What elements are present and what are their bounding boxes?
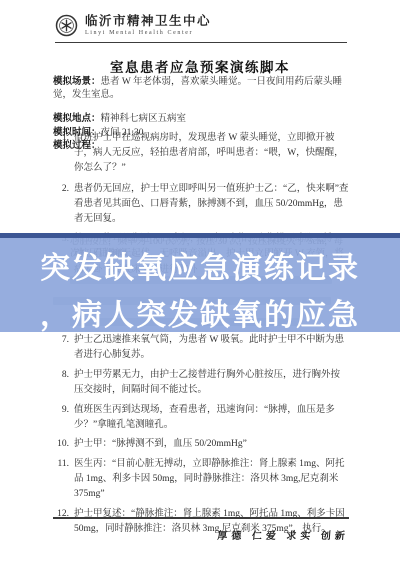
overlay-title: 突发缺氧应急演练记录 ，病人突发缺氧的应急 — [0, 246, 400, 339]
org-name: 临沂市精神卫生中心 — [85, 15, 211, 29]
drill-steps-bottom: 7.护士乙迅速推来氧气筒，为患者 W 吸氧。此时护士甲不中断为患者进行心肺复苏。… — [53, 333, 349, 542]
meta-label: 模拟地点： — [53, 114, 101, 124]
header-divider — [55, 42, 347, 43]
hospital-motto: 厚德 仁爱 求实 创新 — [52, 527, 349, 542]
overlay-title-line2: ，病人突发缺氧的应急 — [0, 293, 400, 340]
meta-row: 模拟地点：精神科七病区五病室 — [53, 113, 349, 126]
promo-overlay: 突发缺氧应急演练记录 ，病人突发缺氧的应急 — [0, 233, 400, 332]
drill-step: 2.患者仍无回应，护士甲立即呼叫另一值班护士乙：“乙，快来啊”查看患者见其面色、… — [53, 182, 349, 228]
hospital-logo-icon — [55, 14, 78, 37]
drill-step: 10.护士甲：“脉搏测不到，血压 50/20mmHg” — [53, 437, 349, 452]
drill-step: 11.医生丙：“目前心脏无搏动，立即静脉推注：肾上腺素 1mg、阿托品 1mg、… — [53, 457, 349, 503]
document-title: 室息患者应急预案演练脚本 — [0, 56, 400, 76]
step-number: 11. — [53, 457, 74, 503]
drill-step: 8.护士甲劳累无力，由护士乙接替进行胸外心脏按压，进行胸外按压交接时，间隔时间不… — [53, 368, 349, 399]
step-number: 10. — [53, 437, 74, 452]
document-footer: 厚德 仁爱 求实 创新 — [53, 517, 349, 542]
step-text: 值班护士甲在巡视病房时，发现患者 W 蒙头睡觉，立即掀开被子，病人无反应，轻拍患… — [74, 131, 349, 177]
overlay-title-line1: 突发缺氧应急演练记录 — [0, 246, 400, 293]
meta-label: 模拟场景： — [53, 77, 101, 87]
step-text: 护士甲劳累无力，由护士乙接替进行胸外心脏按压，进行胸外按压交接时，间隔时间不能过… — [74, 368, 349, 399]
document-header: 临沂市精神卫生中心 Linyi Mental Health Center — [55, 14, 347, 43]
overlay-top-band — [0, 233, 400, 238]
drill-step: 9.值班医生丙到达现场，查看患者，迅速询问：“脉搏，血压是多少？”拿瞳孔笔测瞳孔… — [53, 403, 349, 434]
step-text: 医生丙：“目前心脏无搏动，立即静脉推注：肾上腺素 1mg、阿托品 1mg、利多卡… — [74, 457, 349, 503]
drill-step: 1.值班护士甲在巡视病房时，发现患者 W 蒙头睡觉，立即掀开被子，病人无反应，轻… — [53, 131, 349, 177]
meta-row: 模拟场景：患者 W 年老体弱，喜欢蒙头睡觉。一日夜间用药后蒙头睡觉，发生室息。 — [53, 76, 349, 101]
org-name-en: Linyi Mental Health Center — [85, 30, 211, 36]
brand-text: 临沂市精神卫生中心 Linyi Mental Health Center — [85, 15, 211, 36]
step-text: 值班医生丙到达现场，查看患者，迅速询问：“脉搏，血压是多少？”拿瞳孔笔测瞳孔。 — [74, 403, 349, 434]
step-text: 护士甲：“脉搏测不到，血压 50/20mmHg” — [74, 437, 349, 452]
step-text: 患者仍无回应，护士甲立即呼叫另一值班护士乙：“乙，快来啊”查看患者见其面色、口唇… — [74, 182, 349, 228]
footer-divider — [53, 517, 349, 519]
step-number: 1. — [53, 131, 74, 177]
step-number: 2. — [53, 182, 74, 228]
step-number: 8. — [53, 368, 74, 399]
meta-value: 精神科七病区五病室 — [101, 114, 187, 124]
step-number: 9. — [53, 403, 74, 434]
hospital-brand: 临沂市精神卫生中心 Linyi Mental Health Center — [55, 14, 347, 37]
document-page: 临沂市精神卫生中心 Linyi Mental Health Center 室息患… — [0, 0, 400, 566]
